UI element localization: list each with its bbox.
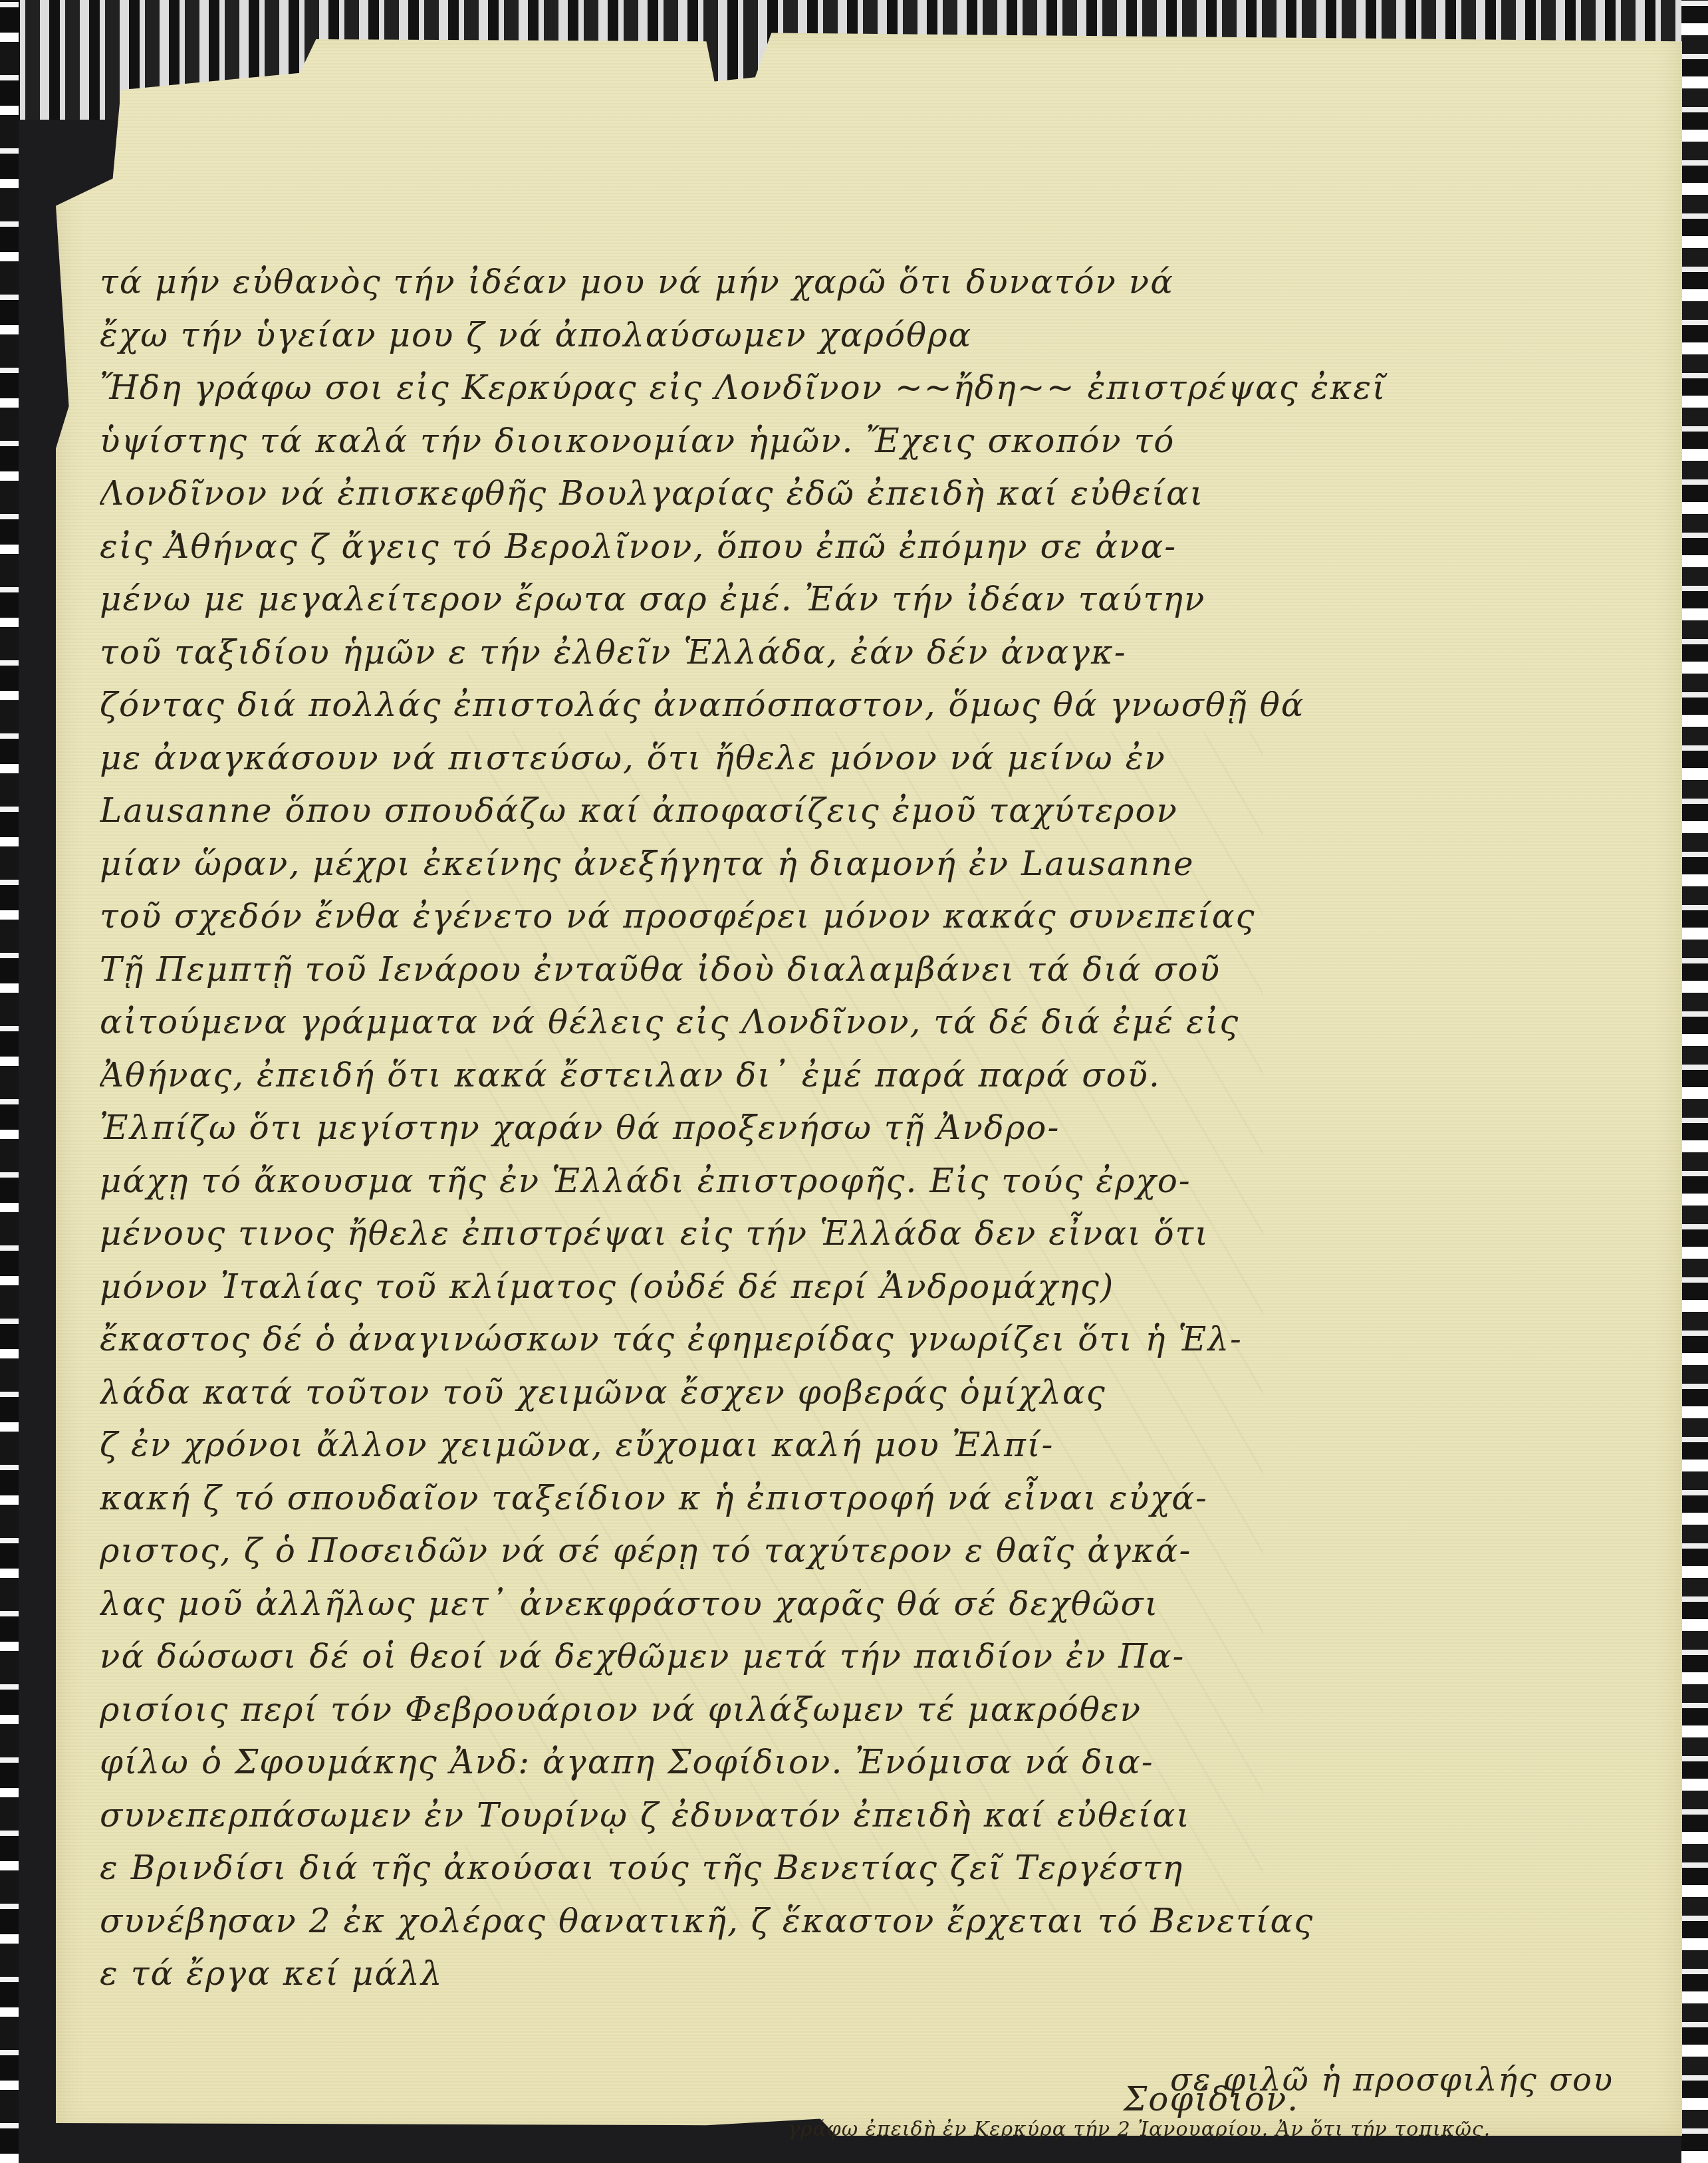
- letter-line: μόνον Ἰταλίας τοῦ κλίματος (οὐδέ δέ περί…: [100, 1261, 1642, 1314]
- letter-line: αἰτούμενα γράμματα νά θέλεις εἰς Λονδῖνο…: [100, 996, 1642, 1049]
- letter-line: ε Βρινδίσι διά τῆς ἀκούσαι τούς τῆς Βενε…: [100, 1842, 1642, 1895]
- scan-border-left: [0, 0, 19, 2163]
- letter-line: τοῦ ταξιδίου ἡμῶν ε τήν ἐλθεῖν Ἑλλάδα, ἐ…: [100, 626, 1642, 680]
- letter-body: τά μήν εὐθανὸς τήν ἰδέαν μου νά μήν χαρῶ…: [100, 256, 1642, 2001]
- letter-line: μένους τινος ἤθελε ἐπιστρέψαι εἰς τήν Ἑλ…: [100, 1208, 1642, 1261]
- letter-line: Ἤδη γράφω σοι εἰς Κερκύρας εἰς Λονδῖνον …: [100, 362, 1642, 415]
- letter-line: μίαν ὥραν, μέχρι ἐκείνης ἀνεξήγητα ἡ δια…: [100, 838, 1642, 891]
- scan-border-right: [1681, 0, 1708, 2163]
- letter-line: ε τά ἔργα κεί μάλλ: [100, 1948, 1642, 2001]
- letter-line: ρισίοις περί τόν Φεβρουάριον νά φιλάξωμε…: [100, 1684, 1642, 1737]
- letter-line: τά μήν εὐθανὸς τήν ἰδέαν μου νά μήν χαρῶ…: [100, 256, 1642, 309]
- letter-line: ριστος, ζ ὁ Ποσειδῶν νά σέ φέρῃ τό ταχύτ…: [100, 1525, 1642, 1578]
- letter-line: ὑψίστης τά καλά τήν διοικονομίαν ἡμῶν. Ἔ…: [100, 415, 1642, 468]
- letter-line: Lausanne ὅπου σπουδάζω καί ἀποφασίζεις ἐ…: [100, 785, 1642, 838]
- letter-line: ἔκαστος δέ ὁ ἀναγινώσκων τάς ἐφημερίδας …: [100, 1313, 1642, 1366]
- letter-line: Λονδῖνον νά ἐπισκεφθῆς Βουλγαρίας ἐδῶ ἐπ…: [100, 467, 1642, 521]
- letter-line: νά δώσωσι δέ οἱ θεοί νά δεχθῶμεν μετά τή…: [100, 1630, 1642, 1684]
- letter-line: με ἀναγκάσουν νά πιστεύσω, ὅτι ἤθελε μόν…: [100, 732, 1642, 785]
- letter-postscript: γράφω ἐπειδὴ ἐν Κερκύρᾳ τήν 2 Ἰανουαρίου…: [788, 2118, 1491, 2141]
- letter-line: μάχῃ τό ἄκουσμα τῆς ἐν Ἑλλάδι ἐπιστροφῆς…: [100, 1155, 1642, 1208]
- letter-line: συνέβησαν 2 ἐκ χολέρας θανατικῆ, ζ ἕκαστ…: [100, 1895, 1642, 1948]
- letter-signature: Σοφίδιον.: [1124, 2080, 1299, 2118]
- letter-line: εἰς Ἀθήνας ζ ἄγεις τό Βερολῖνον, ὅπου ἐπ…: [100, 521, 1642, 574]
- letter-line: ἔχω τήν ὑγείαν μου ζ νά ἀπολαύσωμεν χαρό…: [100, 309, 1642, 362]
- letter-line: Τῇ Πεμπτῇ τοῦ Ιενάρου ἐνταῦθα ἰδοὺ διαλα…: [100, 944, 1642, 997]
- letter-line: ζόντας διά πολλάς ἐπιστολάς ἀναπόσπαστον…: [100, 679, 1642, 732]
- letter-line: λάδα κατά τοῦτον τοῦ χειμῶνα ἔσχεν φοβερ…: [100, 1366, 1642, 1420]
- letter-line: κακή ζ τό σπουδαῖον ταξείδιον κ ἡ ἐπιστρ…: [100, 1472, 1642, 1525]
- letter-line: ζ ἐν χρόνοι ἄλλον χειμῶνα, εὔχομαι καλή …: [100, 1419, 1642, 1472]
- letter-line: τοῦ σχεδόν ἔνθα ἐγένετο νά προσφέρει μόν…: [100, 890, 1642, 944]
- letter-line: συνεπερπάσωμεν ἐν Τουρίνῳ ζ ἐδυνατόν ἐπε…: [100, 1789, 1642, 1843]
- letter-line: Ἀθήνας, ἐπειδή ὅτι κακά ἔστειλαν δι᾽ ἐμέ…: [100, 1049, 1642, 1102]
- letter-line: φίλω ὁ Σφουμάκης Ἀνδ: ἀγαπη Σοφίδιον. Ἐν…: [100, 1736, 1642, 1789]
- letter-line: μένω με μεγαλείτερον ἔρωτα σαρ ἐμέ. Ἐάν …: [100, 573, 1642, 626]
- letter-line: λας μοῦ ἀλλῆλως μετ᾽ ἀνεκφράστου χαρᾶς θ…: [100, 1578, 1642, 1631]
- letter-line: Ἐλπίζω ὅτι μεγίστην χαράν θά προξενήσω τ…: [100, 1102, 1642, 1155]
